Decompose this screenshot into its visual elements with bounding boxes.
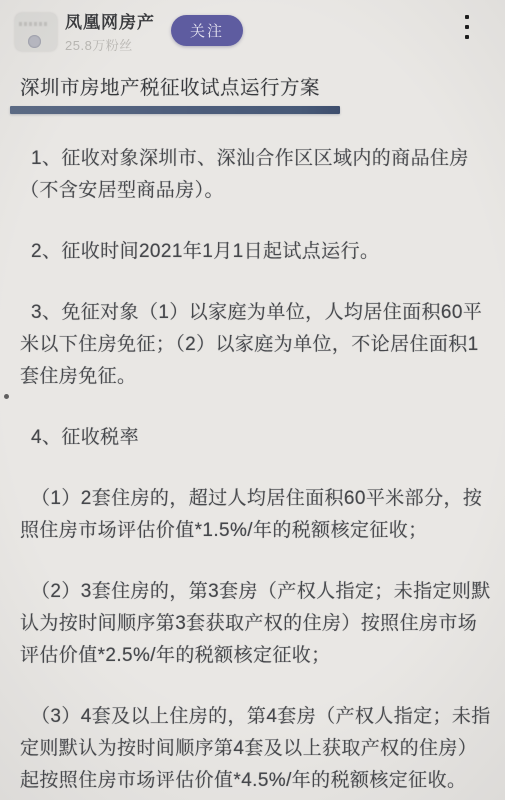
- kebab-menu-icon[interactable]: [457, 6, 477, 48]
- paragraph-7: （3）4套及以上住房的，第4套房（产权人指定；未指定则默认为按时间顺序第4套及以…: [20, 701, 492, 797]
- paragraph-5: （1）2套住房的，超过人均居住面积60平米部分，按照住房市场评估价值*1.5%/…: [20, 483, 492, 547]
- publisher-avatar[interactable]: [15, 13, 57, 51]
- paragraph-3: 3、免征对象（1）以家庭为单位，人均居住面积60平米以下住房免征；（2）以家庭为…: [20, 297, 492, 393]
- photo-speck: [4, 394, 9, 399]
- paragraph-6: （2）3套住房的，第3套房（产权人指定；未指定则默认为按时间顺序第3套获取产权的…: [20, 576, 492, 672]
- author-block: 凤凰网房产 25.8万粉丝: [65, 13, 155, 54]
- title-divider: [10, 106, 340, 114]
- author-name[interactable]: 凤凰网房产: [65, 13, 155, 33]
- avatar-watermark: [19, 22, 49, 26]
- verified-badge-icon: [28, 35, 41, 48]
- post-header: 凤凰网房产 25.8万粉丝 关注: [0, 0, 505, 54]
- article-body: 1、征收对象深圳市、深汕合作区区域内的商品住房（不含安居型商品房）。 2、征收时…: [20, 143, 493, 797]
- follow-button[interactable]: 关注: [171, 15, 243, 46]
- article: 深圳市房地产税征收试点运行方案 1、征收对象深圳市、深汕合作区区域内的商品住房（…: [0, 75, 505, 797]
- followers-count: 25.8万粉丝: [65, 35, 155, 54]
- article-title: 深圳市房地产税征收试点运行方案: [20, 75, 493, 101]
- paragraph-2: 2、征收时间2021年1月1日起试点运行。: [20, 236, 492, 268]
- paragraph-1: 1、征收对象深圳市、深汕合作区区域内的商品住房（不含安居型商品房）。: [20, 143, 492, 207]
- paragraph-4: 4、征收税率: [20, 422, 492, 454]
- post-card: 凤凰网房产 25.8万粉丝 关注 深圳市房地产税征收试点运行方案 1、征收对象深…: [0, 0, 505, 800]
